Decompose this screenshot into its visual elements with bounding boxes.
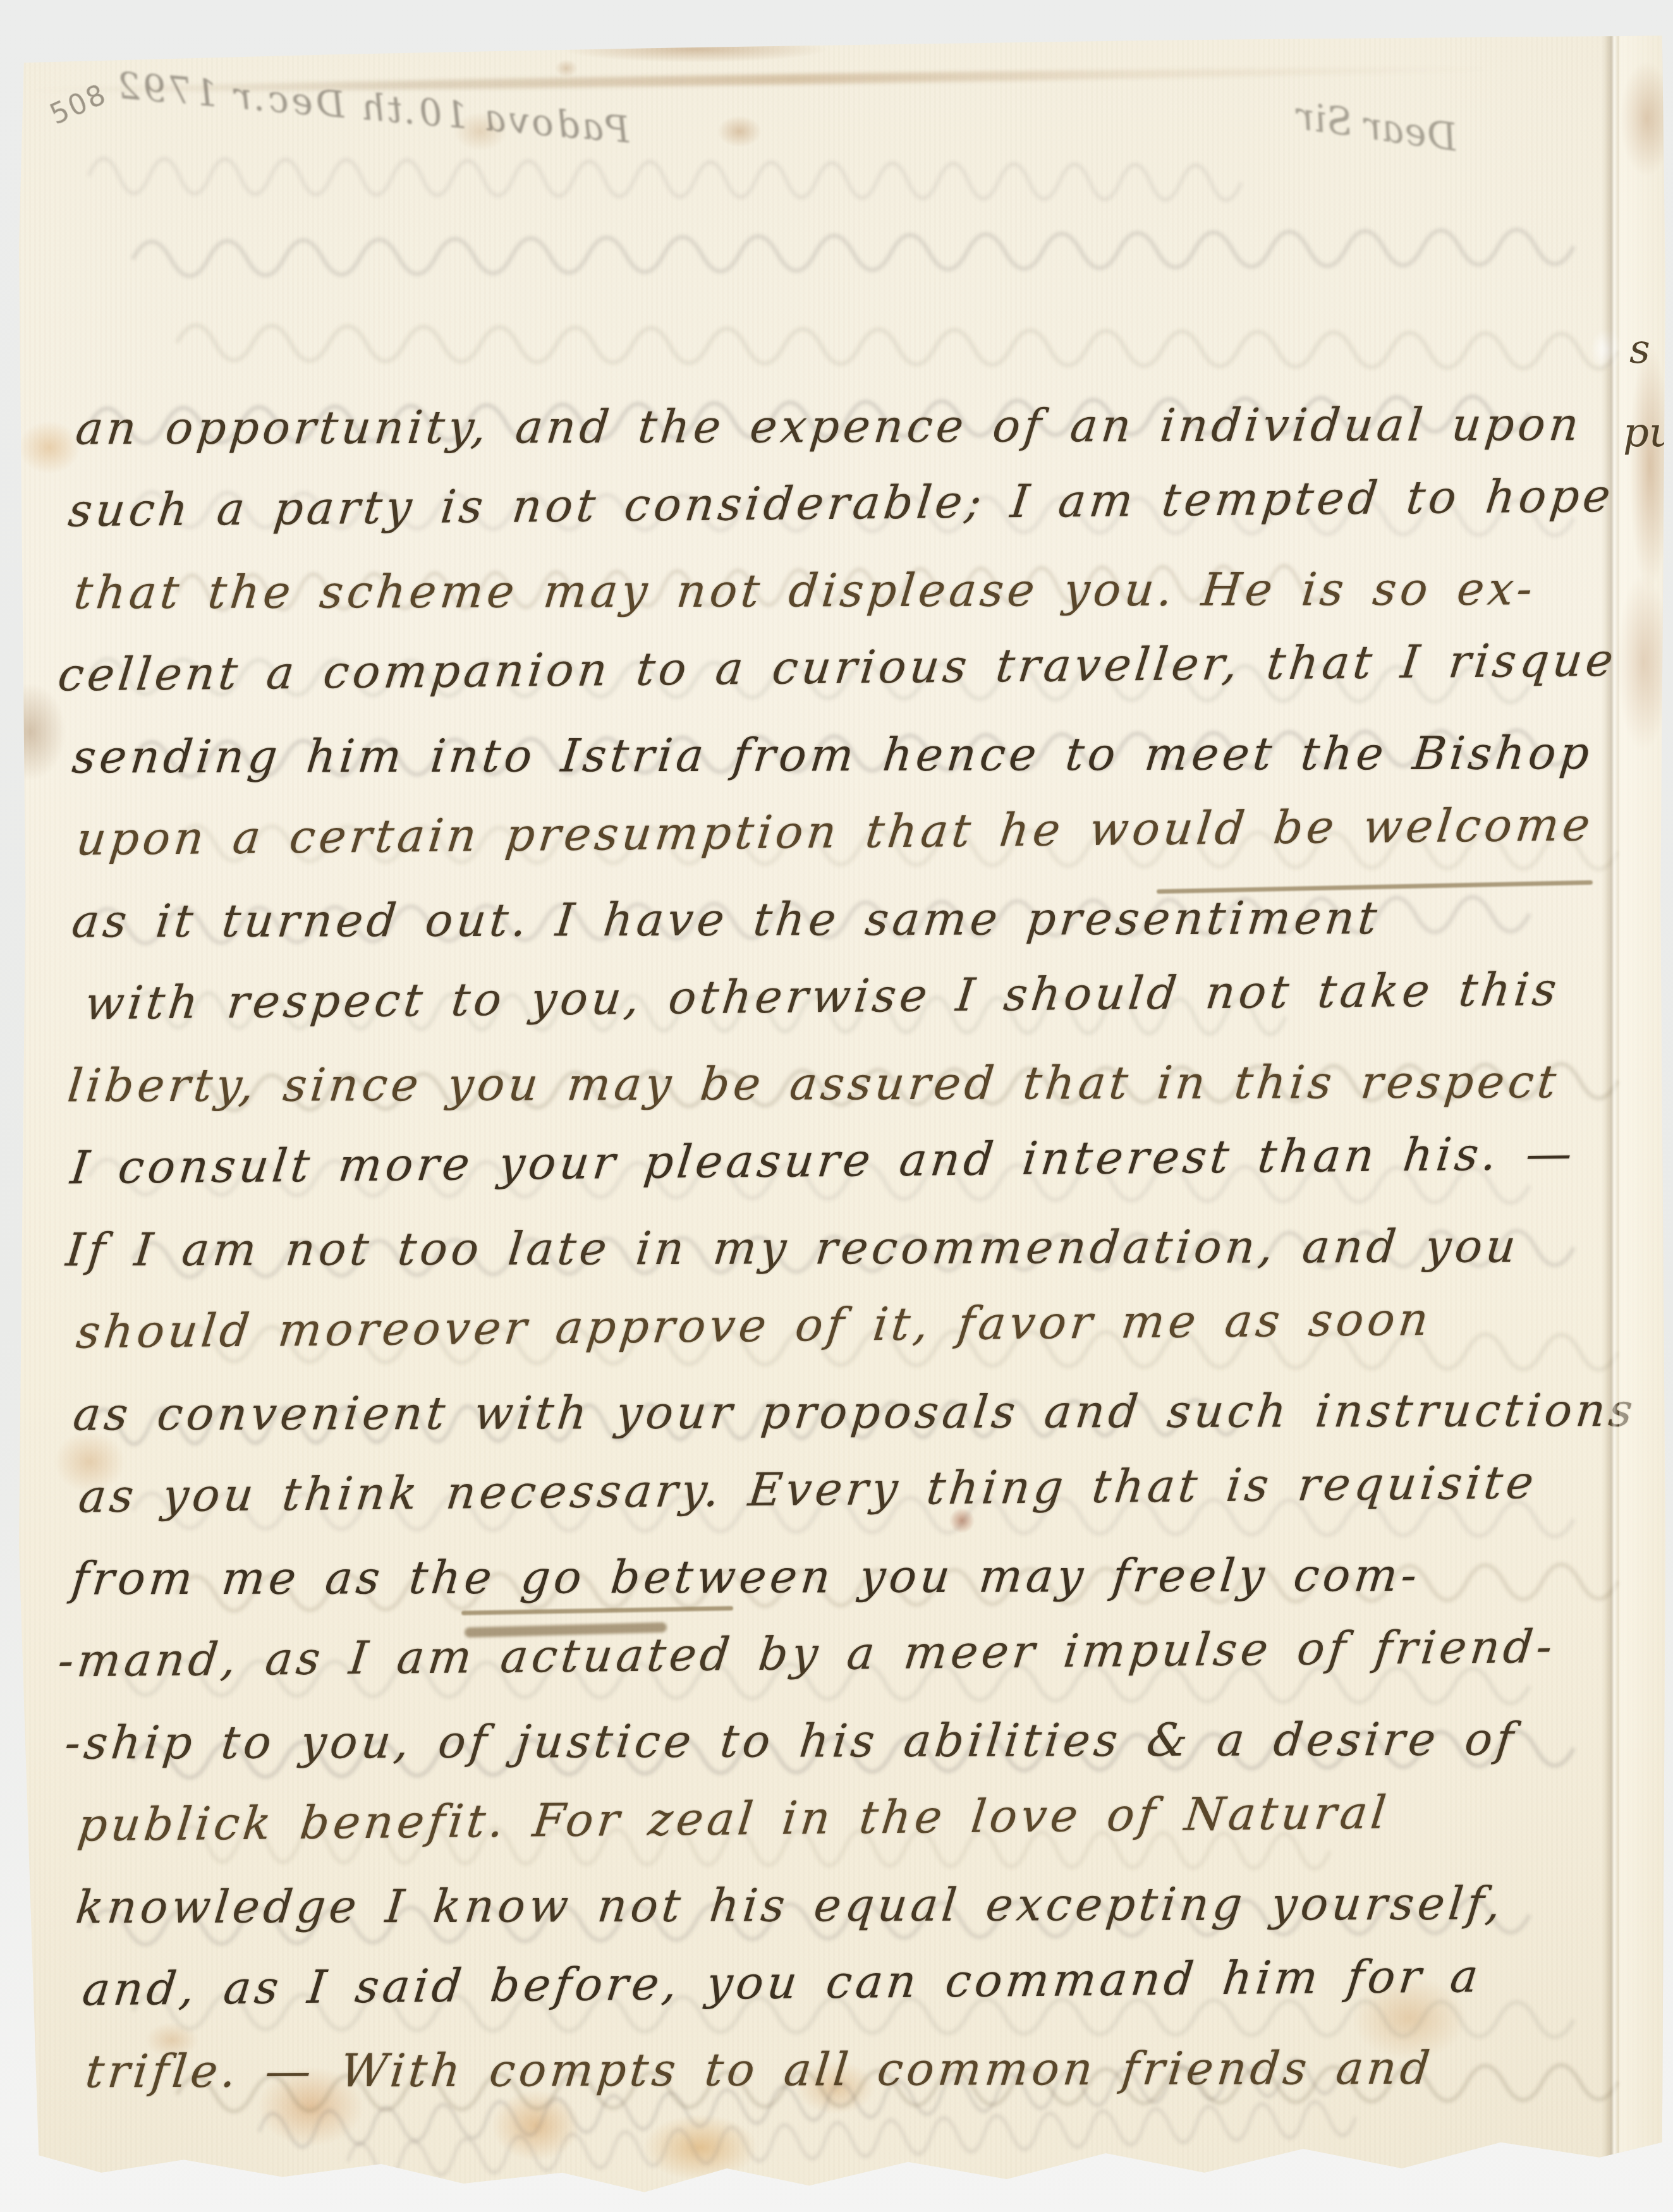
edge-fragment: s (1629, 326, 1650, 373)
letter-line: should moreover approve of it, favor me … (72, 1276, 1641, 1373)
letter-line: I consult more your pleasure and interes… (66, 1112, 1641, 1209)
letter-body: an opportunity, and the expence of an in… (68, 379, 1640, 2113)
letter-line: with respect to you, otherwise I should … (81, 947, 1640, 1045)
letter-line: upon a certain presumption that he would… (72, 783, 1639, 880)
letter-line: as you think necessary. Every thing that… (75, 1440, 1643, 1538)
letter-line: publick benefit. For zeal in the love of… (73, 1769, 1644, 1866)
fold-crease (1602, 30, 1621, 2194)
letter-page: Padova 10.th Dec.r 1792 Dear Sir 508 an … (19, 30, 1665, 2194)
scan-background: { "page": { "page_marker": "508", "bleed… (0, 0, 1673, 2212)
letter-line: and, as I said before, you can command h… (78, 1933, 1645, 2031)
letter-line: trifle. — With compts to all common frie… (82, 2026, 1644, 2113)
letter-line: -mand, as I am actuated by a meer impuls… (54, 1605, 1643, 1702)
edge-fragment: pu (1623, 410, 1673, 456)
letter-line: cellent a companion to a curious travell… (54, 619, 1638, 716)
letter-line: such a party is not considerable; I am t… (64, 454, 1638, 552)
